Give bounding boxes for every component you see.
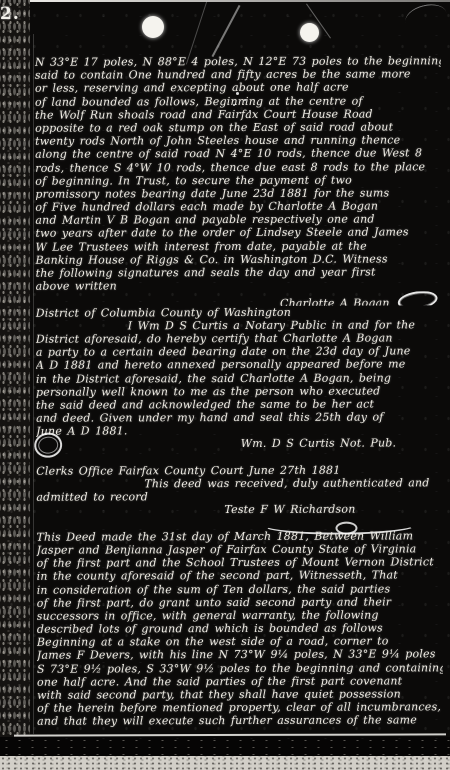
line-text: in the District aforesaid, the said Char… xyxy=(36,371,391,385)
line-text: with said second party, that they shall … xyxy=(37,687,401,701)
scan-top-edge xyxy=(22,0,450,2)
line-text: Wm. D S Curtis Not. Pub. xyxy=(241,437,396,451)
line-text: W Lee Trustees with interest from date, … xyxy=(35,239,366,253)
line-text: Banking House of Riggs & Co. in Washingt… xyxy=(36,252,388,266)
line-text: in consideration of the sum of Ten dolla… xyxy=(37,582,391,596)
line-text: Clerks Office Fairfax County Court June … xyxy=(36,463,340,477)
bottom-band xyxy=(0,737,450,756)
line-text: or less, reserving and excepting about o… xyxy=(35,81,349,95)
scratch-mark xyxy=(403,0,450,34)
line-text: District aforesaid, do hereby certify th… xyxy=(36,331,393,345)
line-text: promissory notes bearing date June 23d 1… xyxy=(35,186,389,200)
line-text: along the centre of said road N 4°E 10 r… xyxy=(35,147,422,161)
line-text: of the first part, do grant unto said se… xyxy=(37,595,392,609)
line-text: Beginning at a stake on the west side of… xyxy=(37,635,389,649)
line-text: above written xyxy=(36,280,117,293)
line-text: of land bounded as follows, Beginning at… xyxy=(35,94,363,108)
line-text: admitted to record xyxy=(36,491,148,504)
line-text: and deed. Given under my hand and seal t… xyxy=(36,411,383,425)
line-text: personally well known to me as the perso… xyxy=(36,384,380,398)
line-text: the Wolf Run shoals road and Fairfax Cou… xyxy=(35,107,373,121)
line-text: A D 1881 and hereto annexed personally a… xyxy=(36,358,406,372)
hole-punch-icon xyxy=(142,16,164,38)
line-text: the said deed and acknowledged the same … xyxy=(36,397,374,411)
line-text: I Wm D S Curtis a Notary Public in and f… xyxy=(128,318,415,332)
line-text: James F Devers, with his line N 73°W 9¼ … xyxy=(37,648,436,662)
line-text: a party to a certain deed bearing date o… xyxy=(36,345,411,359)
line-text: one half acre. And the said parties of t… xyxy=(37,674,402,688)
line-text: and that they will execute such further … xyxy=(37,714,417,728)
line-text: successors in office, with general warra… xyxy=(37,608,379,622)
page-number: 2. xyxy=(0,4,20,24)
page-edge-line xyxy=(33,34,34,734)
line-text: said to contain One hundred and fifty ac… xyxy=(35,68,411,82)
scan-bottom-edge xyxy=(0,756,450,770)
line-text: of Five hundred dollars each made by Cha… xyxy=(35,200,378,214)
line-text: of beginning. In Trust, to secure the pa… xyxy=(35,173,352,187)
line-text: of the herein before mentioned property,… xyxy=(37,700,441,714)
line-text: described lots of ground and which is bo… xyxy=(37,622,383,636)
deed-text: N 33°E 17 poles, N 88°E 4 poles, N 12°E … xyxy=(35,54,443,728)
line-text: and Martin V B Bogan and payable respect… xyxy=(35,213,374,227)
line-text: Jasper and Benjianna Jasper of Fairfax C… xyxy=(37,542,417,556)
binding-gutter xyxy=(0,0,30,757)
deed-scan-page: 2. N 33°E 17 poles, N 88°E 4 poles, N 12… xyxy=(0,0,450,770)
line-text: rods, thence S 4°W 10 rods, thence due e… xyxy=(35,160,425,174)
line-text: S 73°E 9½ poles, S 33°W 9½ poles to the … xyxy=(37,661,443,675)
line-text: two years after date to the order of Lin… xyxy=(35,226,408,240)
line-text: N 33°E 17 poles, N 88°E 4 poles, N 12°E … xyxy=(35,54,441,68)
line-text: This deed was received, duly authenticat… xyxy=(144,476,429,490)
line-text: twenty rods North of John Steeles house … xyxy=(35,134,400,148)
handwritten-line: and that they will execute such further … xyxy=(37,714,443,729)
line-text: District of Columbia County of Washingto… xyxy=(36,305,291,319)
line-text: in the county aforesaid of the second pa… xyxy=(37,569,398,583)
line-text: of the first part and the School Trustee… xyxy=(37,555,434,569)
scratch-mark xyxy=(212,5,241,57)
hole-punch-icon xyxy=(300,23,319,42)
line-text: This Deed made the 31st day of March 188… xyxy=(36,529,413,543)
line-text: opposite to a red oak stump on the East … xyxy=(35,120,393,134)
line-text: the following signatures and seals the d… xyxy=(36,266,376,280)
